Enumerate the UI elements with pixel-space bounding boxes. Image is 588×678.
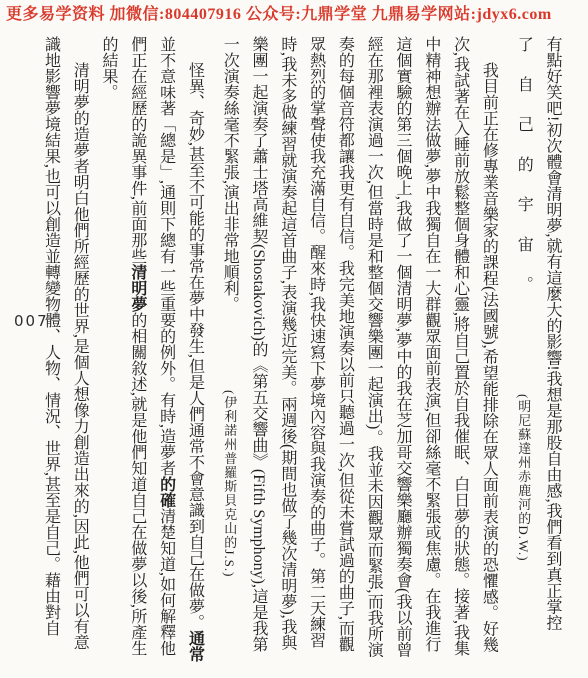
text-segment: 清明夢的造夢者明白他們所經歷的世界,是個人想像力創造出來的,因此,他們可以有意識… [42, 36, 88, 650]
promo-watermark-header: 更多易学资料 加微信:804407916 公众号:九鼎学堂 九鼎易学网站:jdy… [6, 1, 586, 24]
scanned-book-page: 更多易学资料 加微信:804407916 公众号:九鼎学堂 九鼎易学网站:jdy… [0, 0, 588, 678]
text-segment-bold: 通常 [186, 630, 203, 662]
text-segment: 怪異、奇妙,甚至不可能的事常在夢中發生,但是人們通常不會意識到自己在做夢。 [186, 62, 203, 630]
body-paragraph-weird-events: 怪異、奇妙,甚至不可能的事常在夢中發生,但是人們通常不會意識到自己在做夢。通常並… [93, 36, 208, 664]
quote-paragraph-second: 我目前正在修專業音樂家的課程(法國號),希望能排除在眾人面前表演的恐懼感。好幾次… [214, 36, 502, 664]
quote-paragraph-first: 有點好笑吧!初次體會清明夢,就有這麼大的影響!我想是那股自由感,我們看到真正掌控… [508, 36, 566, 664]
quote-attribution: (明尼蘇達州赤鹿河的D.W.) [516, 394, 531, 562]
body-paragraph-lucid-dreamers: 清明夢的造夢者明白他們所經歷的世界,是個人想像力創造出來的,因此,他們可以有意識… [36, 36, 94, 664]
quote-attribution: (伊利諾州普羅斯貝克山的J.S.) [222, 390, 237, 577]
text-segment-bold: 的確 [158, 476, 175, 508]
text-segment-bold: 清明夢 [129, 264, 146, 312]
quote-text: 我目前正在修專業音樂家的課程(法國號),希望能排除在眾人面前表演的恐懼感。好幾次… [221, 36, 497, 657]
quote-text: 有點好笑吧!初次體會清明夢,就有這麼大的影響!我想是那股自由感,我們看到真正掌 [544, 36, 561, 615]
text-segment: 並不意味著「總是」,通則下總有一些重要的例外。有時,造夢者 [158, 36, 175, 476]
vertical-text-body: 有點好笑吧!初次體會清明夢,就有這麼大的影響!我想是那股自由感,我們看到真正掌控… [30, 36, 566, 664]
